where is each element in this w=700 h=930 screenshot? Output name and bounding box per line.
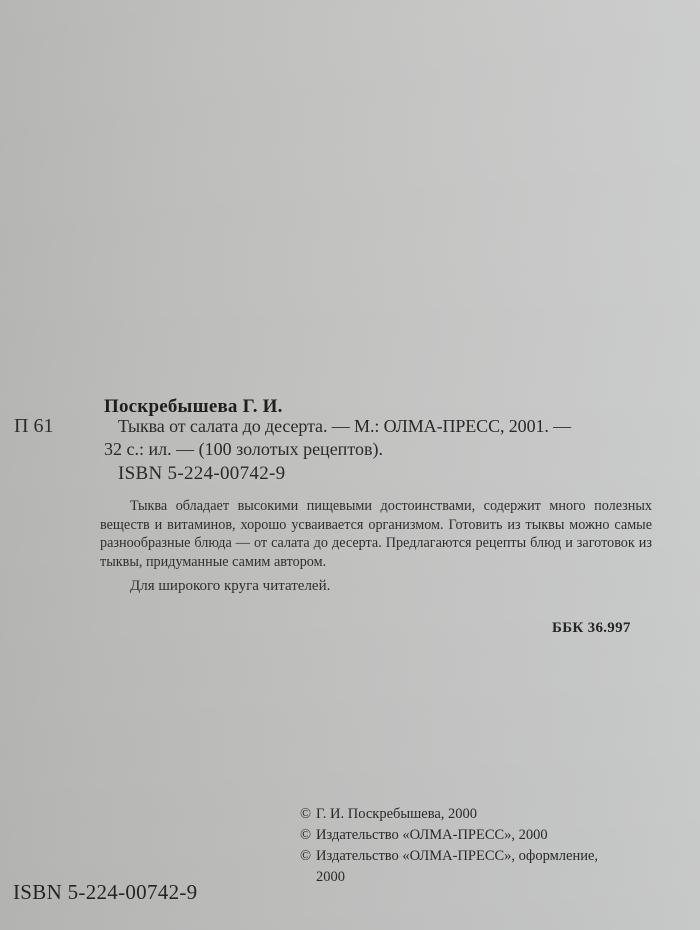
copyright-symbol: © <box>300 806 311 822</box>
annotation: Тыква обладает высокими пищевыми достоин… <box>100 497 652 596</box>
paper-shading <box>0 0 700 930</box>
bbk-index: ББК 36.997 <box>552 620 631 637</box>
isbn-catalog: ISBN 5-224-00742-9 <box>118 463 285 485</box>
copyright-text: 2000 <box>316 869 345 885</box>
copyright-line-continued: 2000 <box>300 867 598 888</box>
copyright-block: ©Г. И. Поскребышева, 2000 ©Издательство … <box>300 804 598 888</box>
copyright-text: Г. И. Поскребышева, 2000 <box>316 806 477 822</box>
copyright-line: ©Издательство «ОЛМА-ПРЕСС», оформление, <box>300 846 598 867</box>
book-title-line: Тыква от салата до десерта. — М.: ОЛМА-П… <box>118 416 571 437</box>
pages-series-line: 32 с.: ил. — (100 золотых рецептов). <box>104 439 383 460</box>
audience-note: Для широкого круга читателей. <box>100 577 652 596</box>
copyright-text: Издательство «ОЛМА-ПРЕСС», оформление, <box>316 848 598 864</box>
copyright-symbol: © <box>300 848 311 864</box>
copyright-symbol: © <box>300 827 311 843</box>
classification-code: П 61 <box>14 415 53 438</box>
copyright-line: ©Издательство «ОЛМА-ПРЕСС», 2000 <box>300 825 598 846</box>
author-name: Поскребышева Г. И. <box>104 396 283 418</box>
isbn-footer: ISBN 5-224-00742-9 <box>13 880 197 905</box>
book-imprint-page: { "catalog": { "author": "Поскребышева Г… <box>0 0 700 930</box>
annotation-text: Тыква обладает высокими пищевыми достоин… <box>100 497 652 571</box>
copyright-line: ©Г. И. Поскребышева, 2000 <box>300 804 598 825</box>
copyright-text: Издательство «ОЛМА-ПРЕСС», 2000 <box>316 827 548 843</box>
